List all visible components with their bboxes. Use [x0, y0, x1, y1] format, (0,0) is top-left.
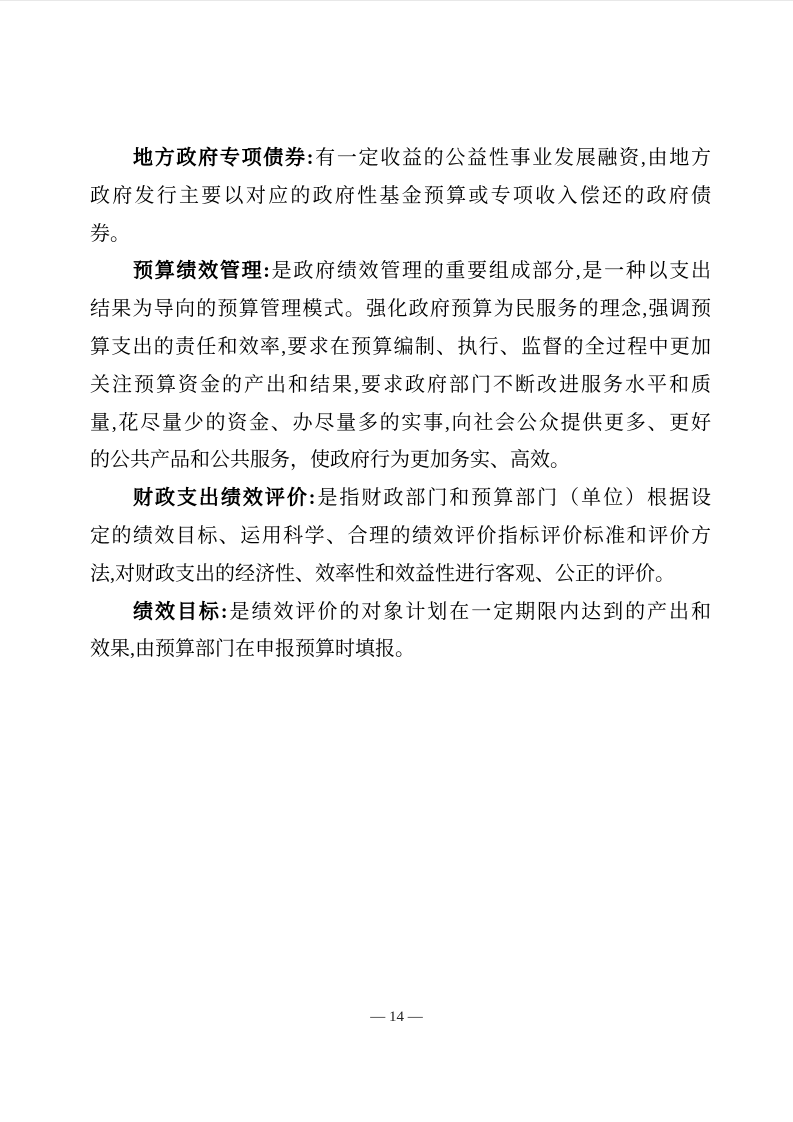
paragraph-line: 政府发行主要以对应的政府性基金预算或专项收入偿还的政府债	[90, 178, 711, 216]
definition-term: 地方政府专项债券:	[133, 147, 313, 169]
paragraph-line: 量,花尽量少的资金、办尽量多的实事,向社会公众提供更多、更好	[90, 405, 711, 443]
page-footer: — 14 —	[0, 1009, 793, 1026]
paragraph-line: 绩效目标:是绩效评价的对象计划在一定期限内达到的产出和	[90, 594, 711, 632]
paragraph-line: 地方政府专项债券:有一定收益的公益性事业发展融资,由地方	[90, 140, 711, 178]
paragraph-text: 有一定收益的公益性事业发展融资,由地方	[313, 147, 711, 169]
paragraph-line: 财政支出绩效评价:是指财政部门和预算部门（单位）根据设	[90, 480, 711, 518]
page-number: — 14 —	[370, 1009, 423, 1025]
paragraph-line: 定的绩效目标、运用科学、合理的绩效评价指标评价标准和评价方	[90, 518, 711, 556]
paragraph-line: 效果,由预算部门在申报预算时填报。	[90, 631, 711, 669]
definition-paragraph-special-bonds: 地方政府专项债券:有一定收益的公益性事业发展融资,由地方 政府发行主要以对应的政…	[90, 140, 711, 253]
paragraph-line: 法,对财政支出的经济性、效率性和效益性进行客观、公正的评价。	[90, 556, 711, 594]
paragraph-text: 是绩效评价的对象计划在一定期限内达到的产出和	[228, 601, 711, 623]
paragraph-line: 算支出的责任和效率,要求在预算编制、执行、监督的全过程中更加	[90, 329, 711, 367]
definition-term: 绩效目标:	[133, 601, 228, 623]
definition-term: 财政支出绩效评价:	[133, 487, 315, 509]
paragraph-line: 券。	[90, 216, 711, 254]
definition-paragraph-performance-goal: 绩效目标:是绩效评价的对象计划在一定期限内达到的产出和 效果,由预算部门在申报预…	[90, 594, 711, 670]
paragraph-line: 的公共产品和公共服务，使政府行为更加务实、高效。	[90, 442, 711, 480]
paragraph-text: 是指财政部门和预算部门（单位）根据设	[315, 487, 711, 509]
paragraph-line: 关注预算资金的产出和结果,要求政府部门不断改进服务水平和质	[90, 367, 711, 405]
paragraph-line: 预算绩效管理:是政府绩效管理的重要组成部分,是一种以支出	[90, 253, 711, 291]
definition-paragraph-budget-performance-management: 预算绩效管理:是政府绩效管理的重要组成部分,是一种以支出 结果为导向的预算管理模…	[90, 253, 711, 480]
paragraph-line: 结果为导向的预算管理模式。强化政府预算为民服务的理念,强调预	[90, 291, 711, 329]
definition-paragraph-expenditure-performance-evaluation: 财政支出绩效评价:是指财政部门和预算部门（单位）根据设 定的绩效目标、运用科学、…	[90, 480, 711, 593]
paragraph-text: 是政府绩效管理的重要组成部分,是一种以支出	[270, 260, 711, 282]
document-body: 地方政府专项债券:有一定收益的公益性事业发展融资,由地方 政府发行主要以对应的政…	[90, 140, 711, 669]
definition-term: 预算绩效管理:	[133, 260, 270, 282]
